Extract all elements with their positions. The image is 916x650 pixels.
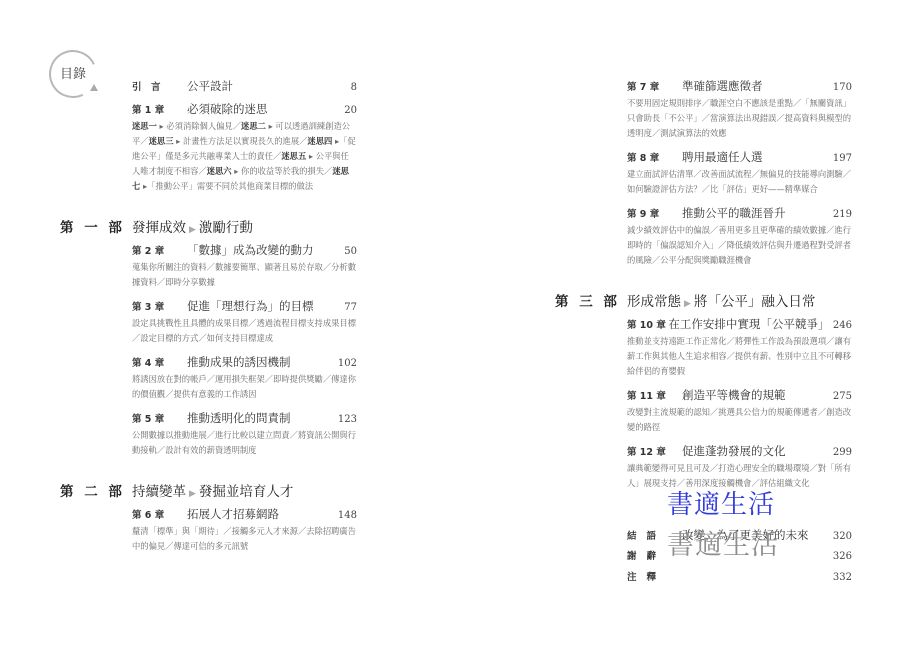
entry-number: 第 6 章 xyxy=(132,507,187,521)
arrow-right-icon: ▶ xyxy=(684,299,691,309)
part-title-a: 形成常態 xyxy=(627,294,681,310)
ch7-description: 不要用固定規則排序／職涯空白不應該是重點／「無關資訊」只會助長「不公平」／當演算… xyxy=(627,96,852,141)
entry-number: 注釋 xyxy=(627,569,682,583)
entry-title: 在工作安排中實現「公平競爭」 xyxy=(668,316,829,332)
entry-page: 148 xyxy=(327,510,357,521)
myth-label: 迷思一 xyxy=(132,121,157,131)
entry-title: 聘用最適任人選 xyxy=(682,149,822,165)
part-title-a: 持續變革 xyxy=(132,484,186,500)
ch4-description: 將誘因放在對的帳戶／運用損失框架／即時提供獎勵／傳達你的價值觀／提供有意義的工作… xyxy=(132,372,357,402)
entry-number: 第 4 章 xyxy=(132,355,187,369)
entry-title: 推動透明化的問責制 xyxy=(187,410,327,426)
entry-page: 326 xyxy=(822,551,852,562)
entry-page: 320 xyxy=(822,531,852,542)
ch5-description: 公開數據以推動進展／進行比較以建立問責／將資訊公開與行動接軌／設計有效的薪資透明… xyxy=(132,428,357,458)
entry-page: 123 xyxy=(327,414,357,425)
entry-title: 推動成果的誘因機制 xyxy=(187,354,327,370)
entry-page: 8 xyxy=(327,82,357,93)
entry-number: 第 7 章 xyxy=(627,79,682,93)
toc-entry-ch1[interactable]: 第 1 章 必須破除的迷思 20 xyxy=(132,101,357,119)
toc-entry-ch3[interactable]: 第 3 章 促進「理想行為」的目標 77 xyxy=(132,298,357,316)
entry-number: 第 8 章 xyxy=(627,150,682,164)
entry-page: 20 xyxy=(327,105,357,116)
part-title-b: 激勵行動 xyxy=(199,220,253,236)
entry-number: 第 2 章 xyxy=(132,243,187,257)
part-title: 形成常態▶將「公平」融入日常 xyxy=(627,290,815,310)
myth-label: 迷思三 xyxy=(149,136,174,146)
myth-label: 迷思四 xyxy=(307,136,332,146)
part-heading-1[interactable]: 第 一 部 發揮成效▶激勵行動 xyxy=(60,216,360,242)
toc-entry-ch4[interactable]: 第 4 章 推動成果的誘因機制 102 xyxy=(132,354,357,372)
ch8-description: 建立面試評估清單／改善面試流程／無偏見的技能導向測驗／如何驗證評估方法？／比「評… xyxy=(627,167,852,197)
toc-entry-ch11[interactable]: 第 11 章 創造平等機會的規範 275 xyxy=(627,387,852,405)
entry-title: 公平設計 xyxy=(187,78,327,94)
entry-number: 第 9 章 xyxy=(627,206,682,220)
ch11-description: 改變對主流規範的認知／挑選具公信力的規範傳遞者／創造改變的路徑 xyxy=(627,405,852,435)
entry-title: 促進「理想行為」的目標 xyxy=(187,298,327,314)
entry-page: 50 xyxy=(327,246,357,257)
entry-title: 必須破除的迷思 xyxy=(187,101,327,117)
ch2-description: 蒐集你所關注的資料／數據要簡單、顯著且易於存取／分析數據資料／即時分享數據 xyxy=(132,260,357,290)
toc-entry-ch10[interactable]: 第 10 章 在工作安排中實現「公平競爭」 246 xyxy=(627,316,852,334)
part-title-a: 發揮成效 xyxy=(132,220,186,236)
entry-number: 第 12 章 xyxy=(627,444,682,458)
entry-number: 引 言 xyxy=(132,79,187,93)
toc-entry-ch5[interactable]: 第 5 章 推動透明化的問責制 123 xyxy=(132,410,357,428)
part-title: 持續變革▶發掘並培育人才 xyxy=(132,480,293,500)
myth-text: ▸ 你的收益等於我的損失／ xyxy=(232,166,333,176)
entry-number: 第 3 章 xyxy=(132,299,187,313)
toc-entry-ch9[interactable]: 第 9 章 推動公平的職涯晉升 219 xyxy=(627,205,852,223)
entry-title: 創造平等機會的規範 xyxy=(682,387,822,403)
ch3-description: 設定具挑戰性且具體的成果目標／透過流程目標支持成果目標／設定目標的方式／如何支持… xyxy=(132,316,357,346)
part-label: 第 三 部 xyxy=(555,290,627,310)
entry-page: 170 xyxy=(822,82,852,93)
toc-entry-ch8[interactable]: 第 8 章 聘用最適任人選 197 xyxy=(627,149,852,167)
entry-page: 275 xyxy=(822,391,852,402)
part-heading-2[interactable]: 第 二 部 持續變革▶發掘並培育人才 xyxy=(60,480,360,506)
entry-title: 準確篩選應徵者 xyxy=(682,78,822,94)
ch6-description: 釐清「標準」與「期待」／接觸多元人才來源／去除招聘廣告中的偏見／傳達可信的多元訊… xyxy=(132,524,357,554)
part-label: 第 一 部 xyxy=(60,216,132,236)
entry-page: 102 xyxy=(327,358,357,369)
entry-title: 促進蓬勃發展的文化 xyxy=(682,443,822,459)
entry-number: 第 5 章 xyxy=(132,411,187,425)
toc-left-column: 引 言 公平設計 8 第 1 章 必須破除的迷思 20 迷思一 ▸ 必須消除個人… xyxy=(60,78,360,562)
myth-text: ▸「推動公平」需要不同於其他商業目標的做法 xyxy=(140,181,313,191)
toc-entry-notes[interactable]: 注釋 332 xyxy=(627,569,852,587)
part-title-b: 發掘並培育人才 xyxy=(199,484,294,500)
entry-page: 77 xyxy=(327,302,357,313)
part-label: 第 二 部 xyxy=(60,480,132,500)
entry-page: 219 xyxy=(822,209,852,220)
watermark-blue: 書適生活 xyxy=(667,484,775,521)
myth-label: 迷思五 xyxy=(281,151,306,161)
part-title-b: 將「公平」融入日常 xyxy=(694,294,816,310)
entry-title: 「數據」成為改變的動力 xyxy=(187,242,327,258)
watermark-gray: 書適生活 xyxy=(667,523,779,562)
ch10-description: 推動並支持遠距工作正常化／將彈性工作設為預設選項／讓有薪工作與其他人生追求相容／… xyxy=(627,334,852,379)
entry-title: 推動公平的職涯晉升 xyxy=(682,205,822,221)
myth-label: 迷思六 xyxy=(207,166,232,176)
ch1-description: 迷思一 ▸ 必須消除個人偏見／迷思二 ▸ 可以透過訓練創造公平／迷思三 ▸ 計畫… xyxy=(132,119,357,194)
entry-number: 第 10 章 xyxy=(627,317,668,331)
entry-title: 拓展人才招募網路 xyxy=(187,506,327,522)
toc-entry-ch6[interactable]: 第 6 章 拓展人才招募網路 148 xyxy=(132,506,357,524)
myth-label: 迷思二 xyxy=(241,121,266,131)
entry-number: 第 11 章 xyxy=(627,388,682,402)
entry-page: 332 xyxy=(822,572,852,583)
toc-entry-intro[interactable]: 引 言 公平設計 8 xyxy=(132,78,357,96)
entry-page: 197 xyxy=(822,153,852,164)
toc-entry-ch7[interactable]: 第 7 章 準確篩選應徵者 170 xyxy=(627,78,852,96)
part-title: 發揮成效▶激勵行動 xyxy=(132,216,253,236)
entry-page: 246 xyxy=(829,320,852,331)
toc-entry-ch12[interactable]: 第 12 章 促進蓬勃發展的文化 299 xyxy=(627,443,852,461)
part-heading-3[interactable]: 第 三 部 形成常態▶將「公平」融入日常 xyxy=(555,290,855,316)
ch9-description: 減少績效評估中的偏誤／善用更多且更準確的績效數據／進行即時的「偏誤認知介入」／降… xyxy=(627,223,852,268)
toc-entry-ch2[interactable]: 第 2 章 「數據」成為改變的動力 50 xyxy=(132,242,357,260)
arrow-right-icon: ▶ xyxy=(189,489,196,499)
myth-text: ▸ 計畫性方法足以實現長久的進展／ xyxy=(174,136,308,146)
entry-page: 299 xyxy=(822,447,852,458)
arrow-right-icon: ▶ xyxy=(189,225,196,235)
myth-text: ▸ 必須消除個人偏見／ xyxy=(157,121,241,131)
entry-number: 第 1 章 xyxy=(132,102,187,116)
